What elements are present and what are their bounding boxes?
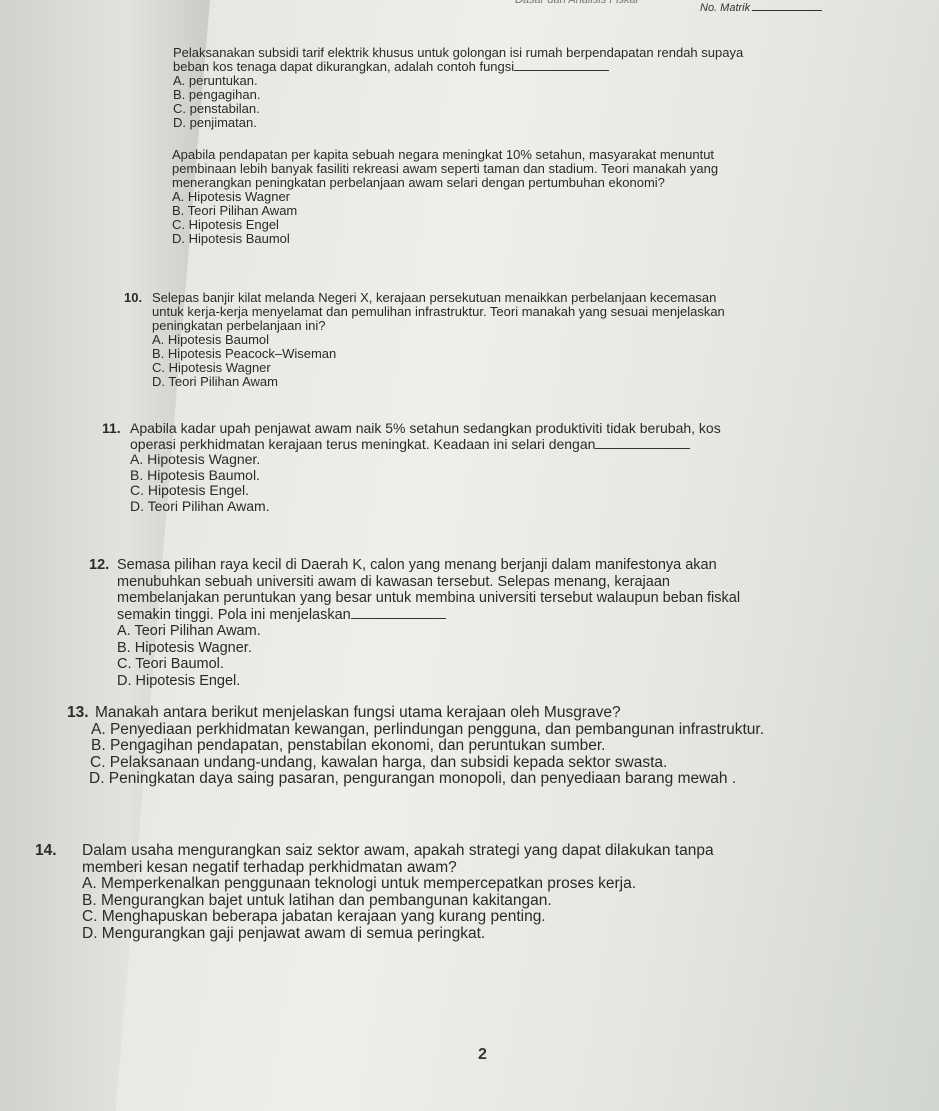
answer-blank	[514, 70, 609, 71]
option-b: B. Pengagihan pendapatan, penstabilan ek…	[91, 738, 764, 755]
question-stem: Dalam usaha mengurangkan saiz sektor awa…	[82, 843, 714, 876]
option-d: D. Hipotesis Engel.	[117, 673, 740, 690]
option-d: D. Hipotesis Baumol	[172, 232, 718, 246]
option-a: A. Penyediaan perkhidmatan kewangan, per…	[91, 722, 764, 739]
course-header: Dasar dan Analisis Fiskal	[515, 0, 638, 6]
option-b: B. Teori Pilihan Awam	[172, 204, 718, 218]
matric-number-field: No. Matrik	[700, 2, 822, 14]
question-8: Pelaksanakan subsidi tarif elektrik khus…	[173, 46, 743, 130]
question-9: Apabila pendapatan per kapita sebuah neg…	[172, 148, 718, 246]
option-b: B. Hipotesis Peacock–Wiseman	[152, 347, 725, 361]
question-stem: Selepas banjir kilat melanda Negeri X, k…	[152, 291, 725, 333]
question-number: 10.	[124, 291, 142, 305]
option-a: A. peruntukan.	[173, 74, 743, 88]
option-b: B. Mengurangkan bajet untuk latihan dan …	[82, 893, 714, 910]
option-d: D. Teori Pilihan Awam.	[130, 499, 721, 515]
option-b: B. pengagihan.	[173, 88, 743, 102]
question-12: 12. Semasa pilihan raya kecil di Daerah …	[117, 557, 740, 689]
option-c: C. Hipotesis Wagner	[152, 361, 725, 375]
question-stem: Manakah antara berikut menjelaskan fungs…	[95, 705, 764, 722]
page-number: 2	[478, 1046, 487, 1064]
question-number: 13.	[67, 705, 89, 722]
question-number: 12.	[89, 557, 109, 574]
option-a: A. Hipotesis Baumol	[152, 333, 725, 347]
question-number: 11.	[102, 421, 121, 437]
option-c: C. Pelaksanaan undang-undang, kawalan ha…	[90, 755, 764, 772]
option-d: D. penjimatan.	[173, 116, 743, 130]
question-11: 11. Apabila kadar upah penjawat awam nai…	[130, 421, 721, 514]
question-14: 14. Dalam usaha mengurangkan saiz sektor…	[82, 843, 714, 942]
question-stem: Apabila pendapatan per kapita sebuah neg…	[172, 148, 718, 190]
option-c: C. Menghapuskan beberapa jabatan kerajaa…	[82, 909, 714, 926]
option-d: D. Teori Pilihan Awam	[152, 375, 725, 389]
option-c: C. penstabilan.	[173, 102, 743, 116]
option-b: B. Hipotesis Baumol.	[130, 468, 721, 484]
question-13: 13. Manakah antara berikut menjelaskan f…	[95, 705, 764, 788]
question-10: 10. Selepas banjir kilat melanda Negeri …	[152, 291, 725, 389]
question-stem: Pelaksanakan subsidi tarif elektrik khus…	[173, 46, 743, 74]
option-b: B. Hipotesis Wagner.	[117, 640, 740, 657]
option-a: A. Hipotesis Wagner	[172, 190, 718, 204]
option-a: A. Teori Pilihan Awam.	[117, 623, 740, 640]
question-number: 14.	[35, 843, 57, 860]
matric-label: No. Matrik	[700, 2, 750, 14]
option-d: D. Peningkatan daya saing pasaran, pengu…	[89, 771, 764, 788]
answer-blank	[595, 448, 690, 449]
question-stem: Apabila kadar upah penjawat awam naik 5%…	[130, 421, 721, 452]
question-stem: Semasa pilihan raya kecil di Daerah K, c…	[117, 557, 740, 623]
option-a: A. Memperkenalkan penggunaan teknologi u…	[82, 876, 714, 893]
option-c: C. Hipotesis Engel.	[130, 483, 721, 499]
option-c: C. Teori Baumol.	[117, 656, 740, 673]
option-c: C. Hipotesis Engel	[172, 218, 718, 232]
answer-blank	[351, 618, 446, 619]
matric-blank	[752, 10, 822, 11]
option-a: A. Hipotesis Wagner.	[130, 452, 721, 468]
option-d: D. Mengurangkan gaji penjawat awam di se…	[82, 926, 714, 943]
